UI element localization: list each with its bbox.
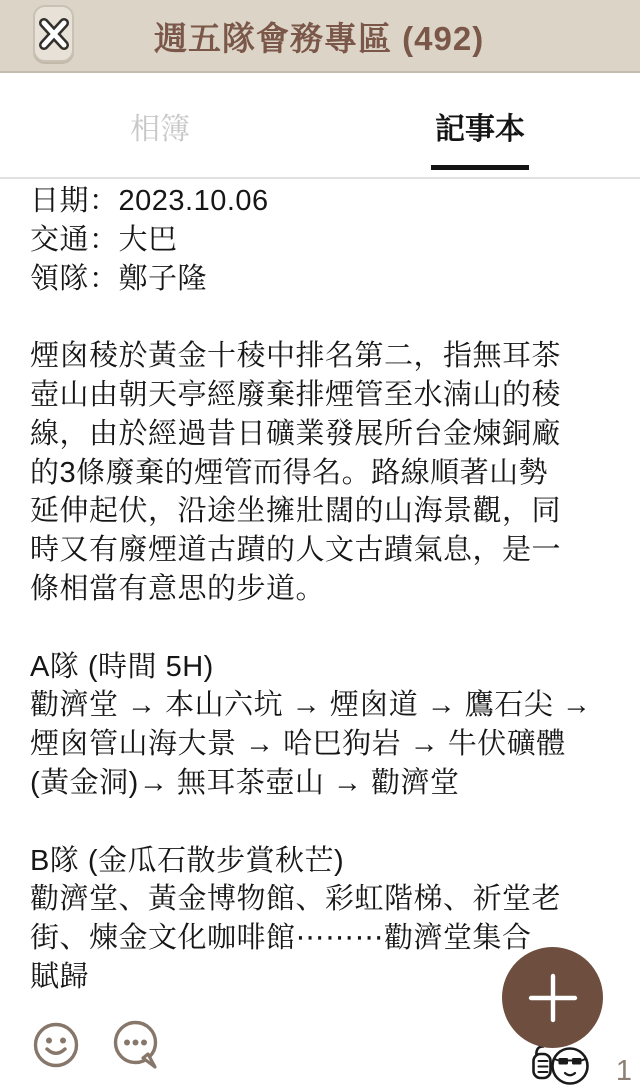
tab-bar: 相簿 記事本 bbox=[0, 75, 640, 179]
comment-button[interactable] bbox=[112, 1020, 162, 1070]
note-scroll-area[interactable]: 日期：2023.10.06 交通：大巴 領隊：鄭子隆 煙囪稜於黃金十稜中排名第二… bbox=[0, 181, 640, 1020]
page-title: 週五隊會務專區 (492) bbox=[154, 0, 484, 73]
smiley-icon bbox=[32, 1021, 82, 1069]
add-note-button[interactable] bbox=[502, 947, 603, 1048]
tab-notes[interactable]: 記事本 bbox=[320, 75, 640, 177]
note-text: 日期：2023.10.06 交通：大巴 領隊：鄭子隆 煙囪稜於黃金十稜中排名第二… bbox=[0, 181, 640, 997]
notes-page: { "header": { "title": "週五隊會務專區 (492)" }… bbox=[0, 0, 640, 1085]
chat-header: 週五隊會務專區 (492) bbox=[0, 0, 640, 73]
like-count: 1 bbox=[616, 1055, 632, 1085]
tab-albums[interactable]: 相簿 bbox=[0, 75, 320, 177]
like-count-badge[interactable]: 1 bbox=[612, 1055, 632, 1085]
tab-albums-label: 相簿 bbox=[130, 104, 190, 148]
close-icon bbox=[38, 17, 70, 51]
active-tab-underline bbox=[431, 165, 529, 170]
plus-icon bbox=[528, 973, 578, 1023]
emoji-reaction-button[interactable] bbox=[32, 1020, 82, 1070]
close-button[interactable] bbox=[33, 5, 74, 62]
comment-bubble-icon bbox=[112, 1020, 162, 1070]
tab-notes-label: 記事本 bbox=[435, 104, 525, 148]
thumbs-up-sticker-icon bbox=[532, 1044, 590, 1085]
